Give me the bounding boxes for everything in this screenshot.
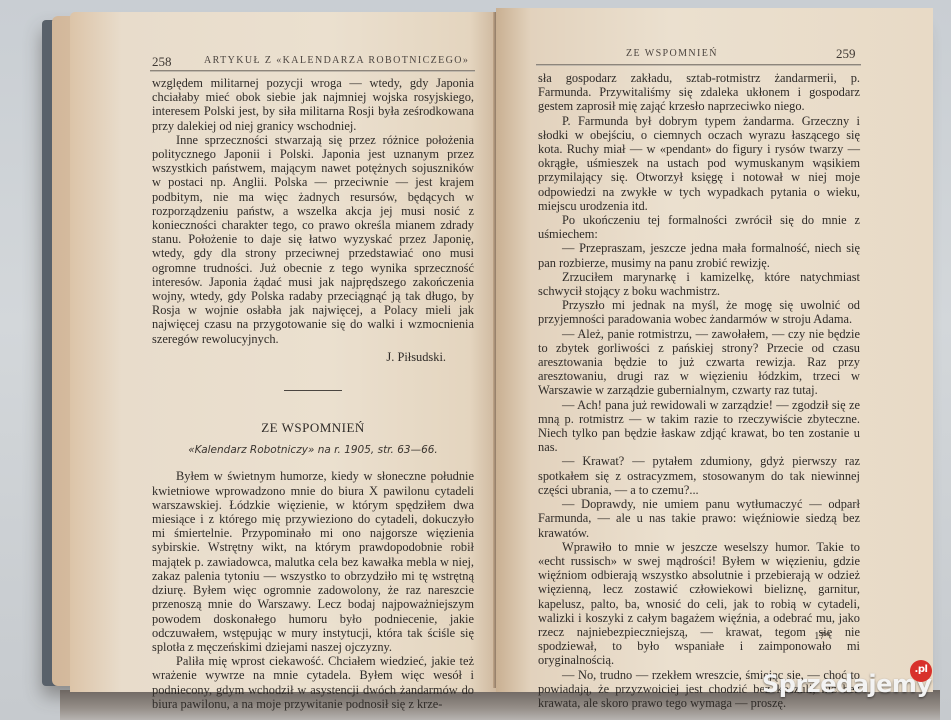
- paragraph: Paliła mię wprost ciekawość. Chciałem wi…: [152, 654, 474, 711]
- paragraph: Byłem w świetnym humorze, kiedy w słonec…: [152, 469, 474, 654]
- paragraph: Wprawiło to mnie w jeszcze weselszy humo…: [538, 540, 860, 668]
- page-number: 259: [836, 46, 856, 62]
- page-number: 258: [152, 54, 172, 70]
- watermark-tld-badge: .pl: [910, 660, 932, 682]
- watermark-brand: Sprzedajemy: [762, 670, 932, 698]
- paragraph: — Krawat? — pytałem zdumiony, gdyż pierw…: [538, 454, 860, 497]
- paragraph: Zrzuciłem marynarkę i kamizelkę, które n…: [538, 270, 860, 298]
- left-body: względem militarnej pozycji wroga — wted…: [152, 76, 474, 711]
- source-note: «Kalendarz Robotniczy» na r. 1905, str. …: [152, 443, 474, 457]
- section-separator: [284, 390, 342, 391]
- section-title: ZE WSPOMNIEŃ: [152, 421, 474, 435]
- paragraph: — Doprawdy, nie umiem panu wytłumaczyć —…: [538, 497, 860, 540]
- right-body: sła gospodarz zakładu, sztab-rotmistrz ż…: [538, 71, 860, 710]
- header-rule: [536, 64, 861, 66]
- running-head: ZE WSPOMNIEŃ: [626, 48, 718, 59]
- paragraph: sła gospodarz zakładu, sztab-rotmistrz ż…: [538, 71, 860, 114]
- paragraph: — Przepraszam, jeszcze jedna mała formal…: [538, 241, 860, 269]
- sprzedajemy-watermark: Sprzedajemy .pl: [762, 670, 932, 698]
- paragraph: P. Farmunda był dobrym typem żandarma. G…: [538, 114, 860, 213]
- paragraph: względem militarnej pozycji wroga — wted…: [152, 76, 474, 133]
- paragraph: Inne sprzeczności stwarzają się przez ró…: [152, 133, 474, 346]
- printer-signature-mark: 17*: [814, 630, 831, 642]
- left-page: 258 ARTYKUŁ Z «KALENDARZA ROBOTNICZEGO» …: [70, 12, 500, 692]
- right-page: ZE WSPOMNIEŃ 259 sła gospodarz zakładu, …: [496, 8, 933, 692]
- paragraph: Przyszło mi jednak na myśl, że mogę się …: [538, 298, 860, 326]
- header-rule: [150, 70, 475, 72]
- running-head: ARTYKUŁ Z «KALENDARZA ROBOTNICZEGO»: [204, 55, 469, 66]
- paragraph: Po ukończeniu tej formalności zwrócił si…: [538, 213, 860, 241]
- signature: J. Piłsudski.: [152, 350, 474, 364]
- paragraph: — Ach! pana już rewidowali w zarządzie! …: [538, 398, 860, 455]
- paragraph: — Ależ, panie rotmistrzu, — zawołałem, —…: [538, 327, 860, 398]
